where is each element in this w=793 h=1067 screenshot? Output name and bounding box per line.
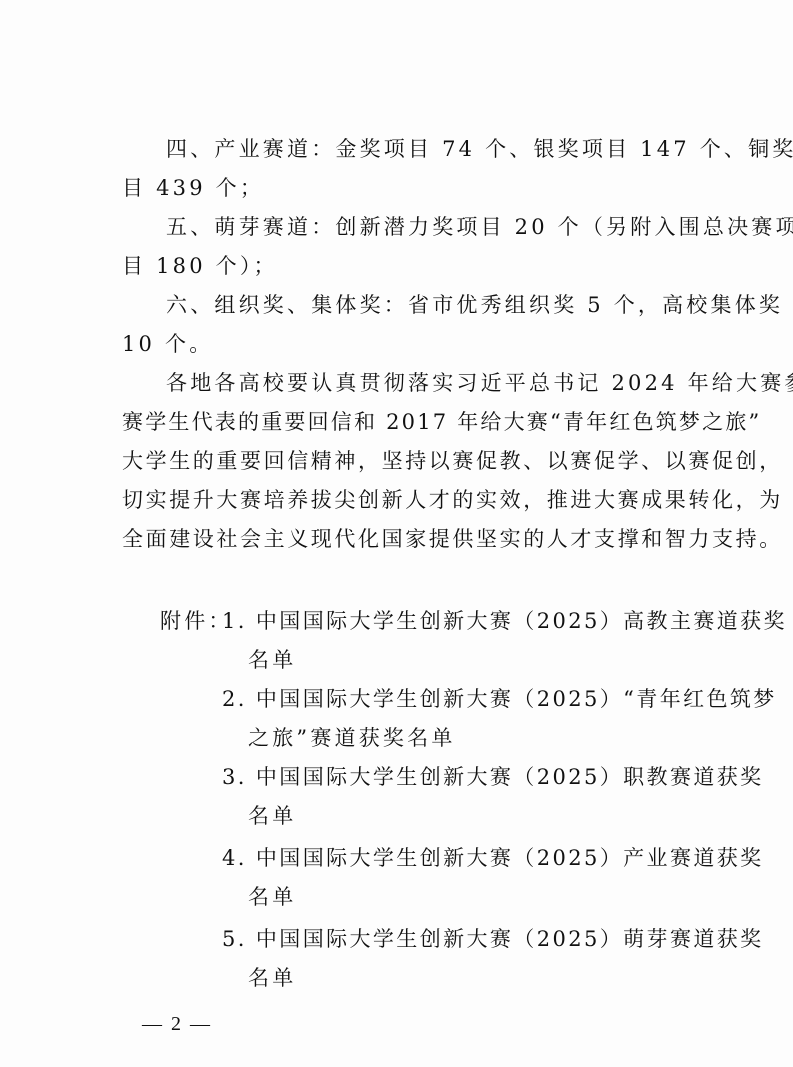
attachment-5-line2: 名单: [248, 965, 296, 991]
attachment-2-line2: 之旅”赛道获奖名单: [248, 725, 456, 751]
document-page: 四、产业赛道：金奖项目 74 个、银奖项目 147 个、铜奖项 目 439 个；…: [0, 0, 793, 1067]
page-number: — 2 —: [142, 1013, 212, 1036]
attachment-4-line1: 4. 中国国际大学生创新大赛（2025）产业赛道获奖: [222, 845, 764, 871]
attachment-2-line1: 2. 中国国际大学生创新大赛（2025）“青年红色筑梦: [222, 686, 777, 712]
paragraph-sprout-track-line2: 目 180 个）；: [122, 253, 278, 279]
paragraph-closing-line4: 切实提升大赛培养拔尖创新人才的实效，推进大赛成果转化，为: [122, 487, 783, 513]
attachment-3-line1: 3. 中国国际大学生创新大赛（2025）职教赛道获奖: [222, 764, 764, 790]
attachment-3-line2: 名单: [248, 803, 296, 829]
attachment-1-line1: 1. 中国国际大学生创新大赛（2025）高教主赛道获奖: [222, 608, 787, 634]
paragraph-sprout-track-line1: 五、萌芽赛道：创新潜力奖项目 20 个（另附入围总决赛项: [166, 214, 793, 240]
paragraph-industry-track-line2: 目 439 个；: [122, 175, 264, 201]
paragraph-closing-line3: 大学生的重要回信精神，坚持以赛促教、以赛促学、以赛促创，: [122, 448, 783, 474]
paragraph-organization-award-line1: 六、组织奖、集体奖：省市优秀组织奖 5 个，高校集体奖: [166, 292, 783, 318]
attachment-4-line2: 名单: [248, 884, 296, 910]
paragraph-closing-line1: 各地各高校要认真贯彻落实习近平总书记 2024 年给大赛参: [166, 370, 793, 396]
paragraph-closing-line5: 全面建设社会主义现代化国家提供坚实的人才支撑和智力支持。: [122, 526, 783, 552]
paragraph-closing-line2: 赛学生代表的重要回信和 2017 年给大赛“青年红色筑梦之旅”: [122, 409, 761, 435]
paragraph-organization-award-line2: 10 个。: [122, 331, 213, 357]
attachment-1-line2: 名单: [248, 647, 296, 673]
attachment-5-line1: 5. 中国国际大学生创新大赛（2025）萌芽赛道获奖: [222, 926, 764, 952]
paragraph-industry-track-line1: 四、产业赛道：金奖项目 74 个、银奖项目 147 个、铜奖项: [166, 136, 793, 162]
